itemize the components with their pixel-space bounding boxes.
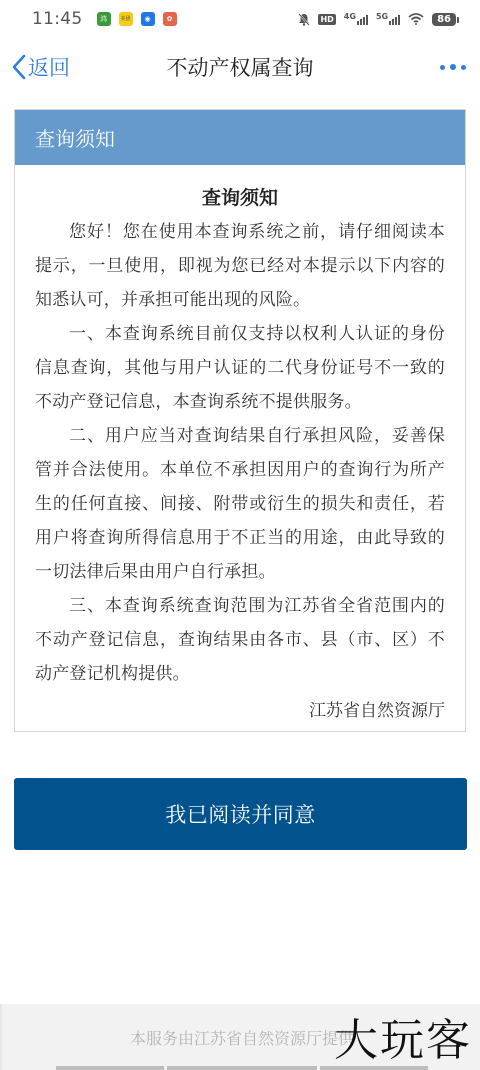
mute-bell-icon [298, 13, 310, 26]
more-dot-icon [440, 65, 445, 70]
app-notification-icon-blue: ◉ [141, 12, 155, 26]
signal-4g-icon: 4G [344, 13, 368, 25]
notice-card: 查询须知 查询须知 您好！您在使用本查询系统之前，请仔细阅读本提示，一旦使用，即… [14, 109, 466, 732]
battery-icon: 86 [432, 13, 456, 26]
agree-button[interactable]: 我已阅读并同意 [14, 778, 467, 850]
status-app-icons: 鸿 美团 ◉ ✿ [97, 12, 177, 26]
hd-voice-icon: HD [318, 14, 335, 25]
more-options-button[interactable] [440, 64, 466, 70]
notice-title: 查询须知 [35, 183, 445, 213]
notice-paragraph-3: 三、本查询系统查询范围为江苏省全省范围内的不动产登记信息，查询结果由各市、县（市… [35, 589, 445, 691]
card-header: 查询须知 [15, 110, 465, 165]
wifi-icon [408, 13, 424, 25]
app-notification-icon-green: 鸿 [97, 12, 111, 26]
watermark-logo: 大玩客 [334, 1012, 472, 1070]
back-button[interactable]: 返回 [12, 52, 70, 82]
notice-paragraph-intro: 您好！您在使用本查询系统之前，请仔细阅读本提示，一旦使用，即视为您已经对本提示以… [35, 215, 445, 317]
page-title: 不动产权属查询 [0, 52, 480, 82]
app-notification-icon-meituan: 美团 [119, 12, 133, 26]
chevron-left-icon [12, 54, 26, 80]
status-indicators: HD 4G 5G 86 [298, 13, 456, 26]
status-bar: 11:45 鸿 美团 ◉ ✿ HD 4G 5G 86 [0, 0, 480, 38]
notice-paragraph-1: 一、本查询系统目前仅支持以权利人认证的身份信息查询，其他与用户认证的二代身份证号… [35, 317, 445, 419]
more-dot-icon [461, 65, 466, 70]
footer: 本服务由江苏省自然资源厅提供 大玩客 [0, 1004, 480, 1070]
notice-paragraph-2: 二、用户应当对查询结果自行承担风险，妥善保管并合法使用。本单位不承担因用户的查询… [35, 419, 445, 589]
footer-tab-indicator [56, 1066, 164, 1070]
signal-5g-icon: 5G [376, 13, 400, 25]
footer-tab-indicator [167, 1066, 317, 1070]
card-body: 查询须知 您好！您在使用本查询系统之前，请仔细阅读本提示，一旦使用，即视为您已经… [15, 165, 465, 729]
status-time: 11:45 [32, 9, 83, 29]
back-label: 返回 [28, 52, 70, 82]
nav-bar: 返回 不动产权属查询 [0, 42, 480, 92]
app-notification-icon-red: ✿ [163, 12, 177, 26]
more-dot-icon [450, 64, 456, 70]
notice-signature: 江苏省自然资源厅 [35, 693, 445, 729]
